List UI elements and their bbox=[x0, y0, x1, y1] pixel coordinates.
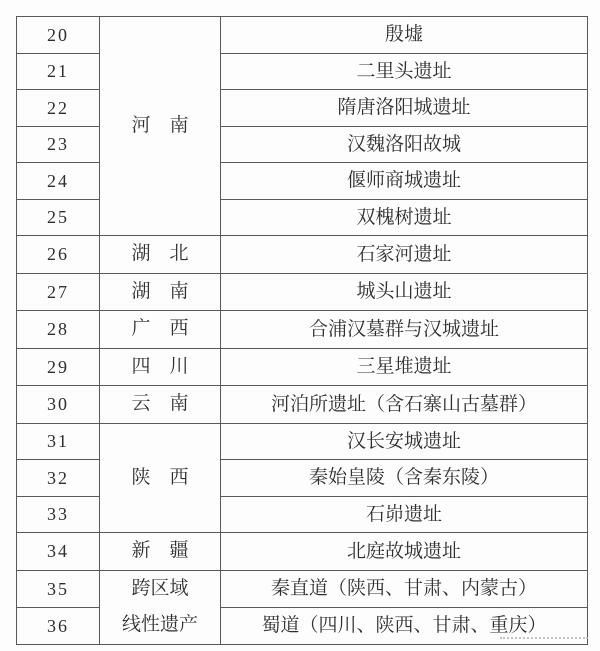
table-body: 20河 南殷墟21二里头遗址22隋唐洛阳城遗址23汉魏洛阳故城24偃师商城遗址2… bbox=[17, 17, 588, 645]
site-name: 隋唐洛阳城遗址 bbox=[221, 90, 588, 127]
table-row: 30云 南河泊所遗址（含石寨山古墓群） bbox=[17, 386, 588, 424]
region-cell: 四 川 bbox=[100, 348, 221, 386]
table-row: 31陕 西汉长安城遗址 bbox=[17, 423, 588, 460]
region-label: 云 南 bbox=[100, 386, 220, 423]
row-number: 34 bbox=[17, 533, 100, 571]
region-cell: 跨区域线性遗产 bbox=[100, 570, 221, 644]
region-label: 跨区域 bbox=[100, 571, 220, 608]
site-name: 殷墟 bbox=[221, 17, 588, 54]
row-number: 25 bbox=[17, 199, 100, 236]
row-number: 35 bbox=[17, 570, 100, 607]
site-name: 秦直道（陕西、甘肃、内蒙古） bbox=[221, 570, 588, 607]
region-cell: 云 南 bbox=[100, 386, 221, 424]
region-cell: 新 疆 bbox=[100, 533, 221, 571]
site-name: 河泊所遗址（含石寨山古墓群） bbox=[221, 386, 588, 424]
site-name: 城头山遗址 bbox=[221, 273, 588, 311]
region-label: 湖 北 bbox=[100, 236, 220, 273]
region-label: 河 南 bbox=[100, 108, 220, 145]
site-name: 三星堆遗址 bbox=[221, 348, 588, 386]
site-name: 双槐树遗址 bbox=[221, 199, 588, 236]
row-number: 36 bbox=[17, 607, 100, 644]
row-number: 22 bbox=[17, 90, 100, 127]
region-label: 新 疆 bbox=[100, 533, 220, 570]
region-cell: 陕 西 bbox=[100, 423, 221, 533]
row-number: 23 bbox=[17, 126, 100, 163]
row-number: 31 bbox=[17, 423, 100, 460]
region-label: 陕 西 bbox=[100, 460, 220, 497]
region-cell: 湖 南 bbox=[100, 273, 221, 311]
site-name: 秦始皇陵（含秦东陵） bbox=[221, 460, 588, 497]
site-name: 偃师商城遗址 bbox=[221, 163, 588, 200]
watermark-artifact bbox=[500, 637, 588, 639]
region-label: 广 西 bbox=[100, 311, 220, 348]
site-name: 汉长安城遗址 bbox=[221, 423, 588, 460]
row-number: 20 bbox=[17, 17, 100, 54]
table-row: 34新 疆北庭故城遗址 bbox=[17, 533, 588, 571]
row-number: 26 bbox=[17, 236, 100, 274]
table-row: 29四 川三星堆遗址 bbox=[17, 348, 588, 386]
table-row: 35跨区域线性遗产秦直道（陕西、甘肃、内蒙古） bbox=[17, 570, 588, 607]
heritage-sites-table: 20河 南殷墟21二里头遗址22隋唐洛阳城遗址23汉魏洛阳故城24偃师商城遗址2… bbox=[16, 16, 588, 645]
region-cell: 广 西 bbox=[100, 311, 221, 349]
region-label: 线性遗产 bbox=[100, 607, 220, 644]
table-row: 27湖 南城头山遗址 bbox=[17, 273, 588, 311]
site-name: 二里头遗址 bbox=[221, 53, 588, 90]
site-name: 汉魏洛阳故城 bbox=[221, 126, 588, 163]
row-number: 32 bbox=[17, 460, 100, 497]
site-name: 北庭故城遗址 bbox=[221, 533, 588, 571]
table-row: 26湖 北石家河遗址 bbox=[17, 236, 588, 274]
region-cell: 湖 北 bbox=[100, 236, 221, 274]
site-name: 合浦汉墓群与汉城遗址 bbox=[221, 311, 588, 349]
table-row: 20河 南殷墟 bbox=[17, 17, 588, 54]
page: 20河 南殷墟21二里头遗址22隋唐洛阳城遗址23汉魏洛阳故城24偃师商城遗址2… bbox=[0, 0, 600, 651]
row-number: 30 bbox=[17, 386, 100, 424]
region-label: 湖 南 bbox=[100, 274, 220, 311]
region-cell: 河 南 bbox=[100, 17, 221, 236]
table-row: 28广 西合浦汉墓群与汉城遗址 bbox=[17, 311, 588, 349]
row-number: 28 bbox=[17, 311, 100, 349]
site-name: 石家河遗址 bbox=[221, 236, 588, 274]
row-number: 21 bbox=[17, 53, 100, 90]
row-number: 27 bbox=[17, 273, 100, 311]
row-number: 33 bbox=[17, 496, 100, 533]
row-number: 29 bbox=[17, 348, 100, 386]
site-name: 石峁遗址 bbox=[221, 496, 588, 533]
region-label: 四 川 bbox=[100, 349, 220, 386]
row-number: 24 bbox=[17, 163, 100, 200]
